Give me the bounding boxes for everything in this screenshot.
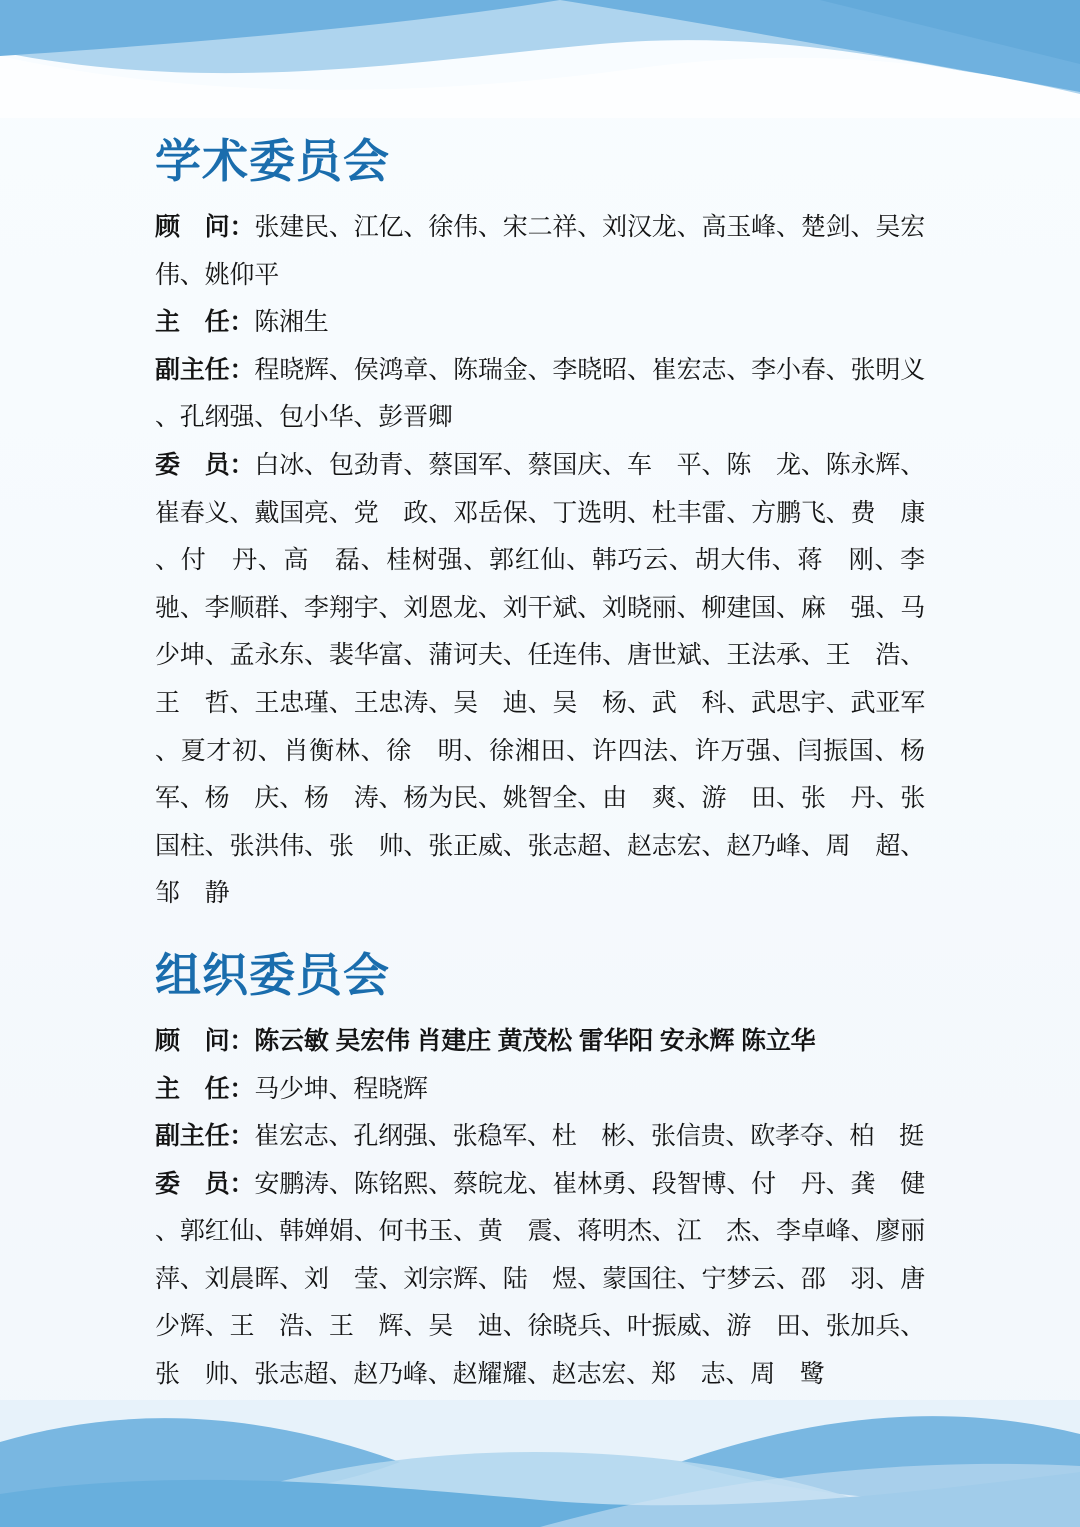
section-title-organizing-committee: 组织委员会 (155, 944, 925, 1006)
row-names: 马少坤、程晓辉 (254, 1075, 428, 1103)
top-wave-decoration (0, 0, 1080, 118)
row-names: 崔宏志、孔纲强、张稳军、杜 彬、张信贵、欧孝夺、柏 挺 (254, 1122, 924, 1150)
row-names: 白冰、包劲青、蔡国军、蔡国庆、车 平、陈 龙、陈永辉、崔春义、戴国亮、党 政、邓… (155, 451, 950, 907)
section-title-academic-committee: 学术委员会 (155, 130, 925, 192)
row-label: 委 员： (155, 451, 254, 479)
row-label: 副主任： (155, 1122, 254, 1150)
committee-row-director: 主 任：马少坤、程晓辉 (155, 1066, 925, 1114)
committee-row-deputy-directors: 副主任：程晓辉、侯鸿章、陈瑞金、李晓昭、崔宏志、李小春、张明义、孔纲强、包小华、… (155, 347, 925, 442)
committee-row-advisors: 顾 问：张建民、江亿、徐伟、宋二祥、刘汉龙、高玉峰、楚剑、吴宏伟、姚仰平 (155, 204, 925, 299)
row-label: 主 任： (155, 1075, 254, 1103)
committee-row-director: 主 任：陈湘生 (155, 299, 925, 347)
row-label: 顾 问： (155, 213, 254, 241)
row-names: 安鹏涛、陈铭熙、蔡皖龙、崔林勇、段智博、付 丹、龚 健、郭红仙、韩婵娟、何书玉、… (155, 1170, 925, 1388)
committee-row-advisors: 顾 问：陈云敏 吴宏伟 肖建庄 黄茂松 雷华阳 安永辉 陈立华 (155, 1018, 925, 1066)
bottom-wave-decoration (0, 1400, 1080, 1527)
committee-row-members: 委 员：安鹏涛、陈铭熙、蔡皖龙、崔林勇、段智博、付 丹、龚 健、郭红仙、韩婵娟、… (155, 1161, 925, 1399)
committee-page-content: 学术委员会 顾 问：张建民、江亿、徐伟、宋二祥、刘汉龙、高玉峰、楚剑、吴宏伟、姚… (0, 118, 1080, 1400)
row-names: 程晓辉、侯鸿章、陈瑞金、李晓昭、崔宏志、李小春、张明义、孔纲强、包小华、彭晋卿 (155, 356, 925, 432)
committee-row-members: 委 员：白冰、包劲青、蔡国军、蔡国庆、车 平、陈 龙、陈永辉、崔春义、戴国亮、党… (155, 442, 925, 918)
row-label: 委 员： (155, 1170, 254, 1198)
row-names: 陈云敏 吴宏伟 肖建庄 黄茂松 雷华阳 安永辉 陈立华 (254, 1027, 815, 1055)
row-names: 陈湘生 (254, 308, 328, 336)
row-label: 主 任： (155, 308, 254, 336)
row-label: 副主任： (155, 356, 254, 384)
row-label: 顾 问： (155, 1027, 254, 1055)
row-names: 张建民、江亿、徐伟、宋二祥、刘汉龙、高玉峰、楚剑、吴宏伟、姚仰平 (155, 213, 925, 289)
committee-row-deputy-directors: 副主任：崔宏志、孔纲强、张稳军、杜 彬、张信贵、欧孝夺、柏 挺 (155, 1113, 925, 1161)
